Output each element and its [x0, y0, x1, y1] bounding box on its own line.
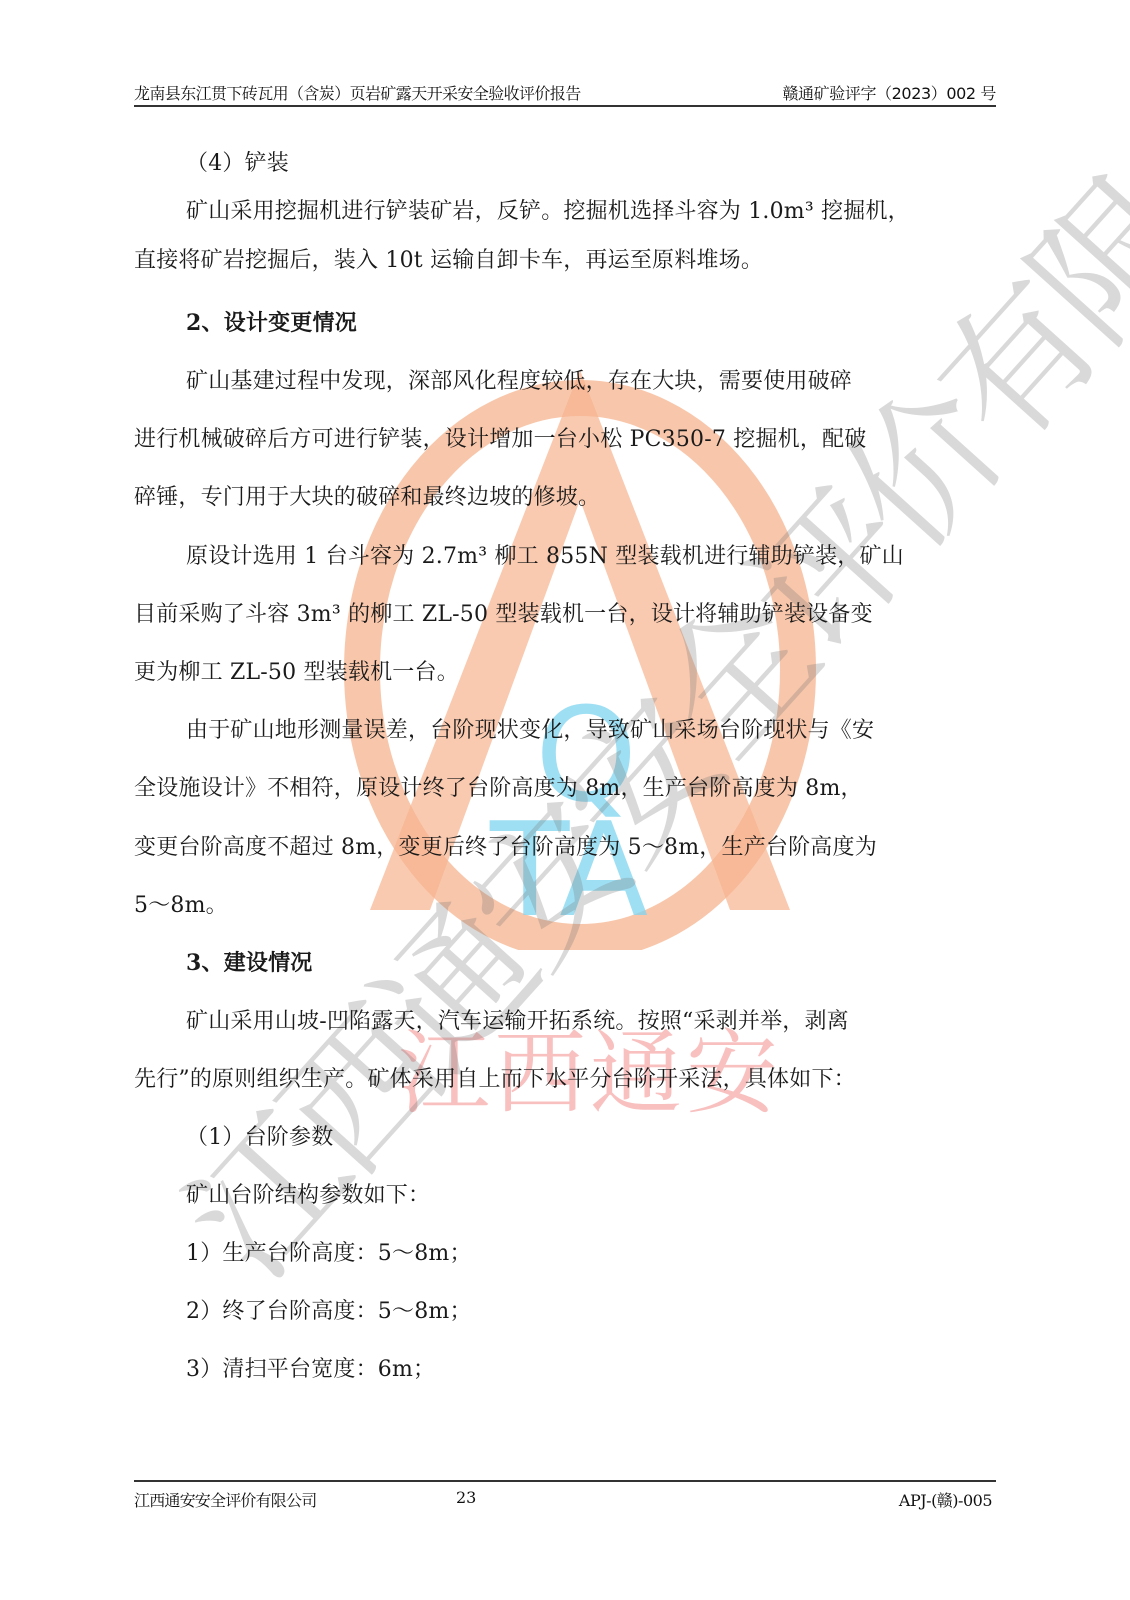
section-heading: 2、设计变更情况 [186, 306, 357, 337]
paragraph-line: 3）清扫平台宽度：6m； [186, 1352, 435, 1383]
paragraph-line: 先行”的原则组织生产。矿体采用自上而下水平分台阶开采法，具体如下： [134, 1062, 856, 1093]
page-header: 龙南县东江贯下砖瓦用（含炭）页岩矿露天开采安全验收评价报告 赣通矿验评字（202… [134, 79, 996, 107]
paragraph-line: 进行机械破碎后方可进行铲装，设计增加一台小松 PC350-7 挖掘机，配破 [134, 422, 866, 453]
section-heading: 3、建设情况 [186, 946, 313, 977]
paragraph-line: 变更台阶高度不超过 8m，变更后终了台阶高度为 5～8m，生产台阶高度为 [134, 830, 877, 861]
form-code: APJ-(赣)-005 [899, 1488, 992, 1511]
paragraph-line: 直接将矿岩挖掘后，装入 10t 运输自卸卡车，再运至原料堆场。 [134, 243, 763, 274]
document-page: Q TA 江西通安 江西通安安全评价有限公司 龙南县东江贯下砖瓦用（含炭）页岩矿… [0, 0, 1130, 1600]
paragraph-line: 2）终了台阶高度：5～8m； [186, 1294, 472, 1325]
paragraph-line: 原设计选用 1 台斗容为 2.7m³ 柳工 855N 型装载机进行辅助铲装，矿山 [186, 539, 904, 570]
paragraph-line: 矿山台阶结构参数如下： [186, 1178, 430, 1209]
paragraph-line: 矿山采用山坡-凹陷露天，汽车运输开拓系统。按照“采剥并举，剥离 [186, 1004, 849, 1035]
paragraph-line: 矿山基建过程中发现，深部风化程度较低，存在大块，需要使用破碎 [186, 364, 852, 395]
page-number: 23 [456, 1488, 476, 1507]
report-title: 龙南县东江贯下砖瓦用（含炭）页岩矿露天开采安全验收评价报告 [134, 81, 581, 104]
footer-company: 江西通安安全评价有限公司 [134, 1488, 316, 1511]
document-number: 赣通矿验评字（2023）002 号 [782, 81, 996, 104]
paragraph-line: 矿山采用挖掘机进行铲装矿岩，反铲。挖掘机选择斗容为 1.0m³ 挖掘机， [186, 194, 910, 225]
paragraph-line: 由于矿山地形测量误差，台阶现状变化，导致矿山采场台阶现状与《安 [186, 713, 874, 744]
paragraph-line: 更为柳工 ZL-50 型装载机一台。 [134, 655, 459, 686]
paragraph-line: 目前采购了斗容 3m³ 的柳工 ZL-50 型装载机一台，设计将辅助铲装设备变 [134, 597, 873, 628]
paragraph-line: 1）生产台阶高度：5～8m； [186, 1236, 472, 1267]
paragraph-line: 5～8m。 [134, 888, 228, 919]
page-footer: 江西通安安全评价有限公司 23 APJ-(赣)-005 [134, 1480, 996, 1510]
paragraph-line: 全设施设计》不相符，原设计终了台阶高度为 8m，生产台阶高度为 8m， [134, 771, 863, 802]
paragraph-line: （4）铲装 [186, 146, 289, 177]
paragraph-line: （1）台阶参数 [186, 1120, 333, 1151]
paragraph-line: 碎锤，专门用于大块的破碎和最终边坡的修坡。 [134, 480, 600, 511]
